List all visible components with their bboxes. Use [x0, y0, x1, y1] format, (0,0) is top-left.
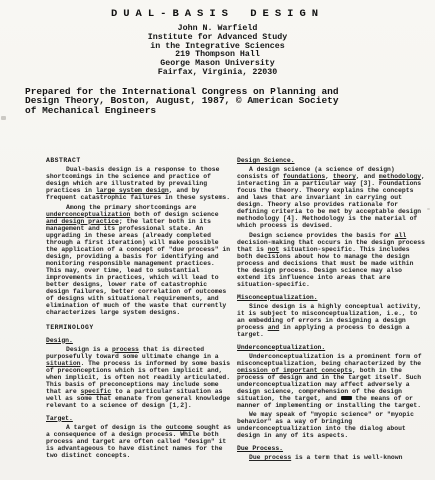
text-run: Among the primary shortcomings are: [66, 204, 196, 211]
text-line: Fairfax, Virginia, 22030: [0, 69, 435, 78]
section-heading: ABSTRACT: [46, 157, 232, 164]
paragraph: A target of design is the outcome sought…: [46, 424, 232, 459]
two-column-body: ABSTRACTDual-basis design is a response …: [46, 157, 427, 461]
text-run: Design is a: [66, 346, 112, 353]
underlined-term: and design practice: [46, 218, 119, 225]
paragraph: Design is a process that is directed pur…: [46, 346, 232, 409]
right-column: Design Science.A design science (a scien…: [237, 157, 425, 461]
section-heading: Due Process.: [237, 445, 425, 452]
underlined-term: situation: [46, 360, 81, 367]
paragraph: Dual-basis design is a response to those…: [46, 166, 232, 201]
text-run: both of design science: [130, 211, 218, 218]
scan-artifact: [1, 116, 6, 120]
paragraph: We may speak of "myopic science" or "myo…: [237, 411, 425, 439]
underlined-term: process: [112, 346, 139, 353]
paragraph: A design science (a science of design) c…: [237, 166, 425, 229]
text-run: Underconceptualization is a prominent fo…: [237, 353, 422, 367]
text-run: We may speak of "myopic science" or "myo…: [237, 411, 414, 439]
scan-artifact: [427, 208, 430, 210]
ink-blot: [341, 396, 352, 401]
paragraph: Among the primary shortcomings are under…: [46, 204, 232, 316]
text-run: ,: [325, 173, 333, 180]
text-run: Design science provides the basis for: [249, 232, 395, 239]
underlined-term: omission of important concepts: [237, 367, 352, 374]
paragraph: Due process is a term that is well-known: [237, 454, 425, 461]
underlined-term: outcome: [166, 424, 193, 431]
paper-header: DUAL-BASIS DESIGN John N. WarfieldInstit…: [0, 0, 435, 115]
text-run: is a term that is well-known: [291, 454, 402, 461]
prepared-for-note: Prepared for the International Congress …: [25, 87, 415, 115]
section-heading: Design Science.: [237, 157, 425, 164]
text-run: , and: [356, 173, 379, 180]
section-heading: Underconceptualization.: [237, 344, 425, 351]
paragraph: Design science provides the basis for al…: [237, 232, 425, 288]
author-block: John N. WarfieldInstitute for Advanced S…: [0, 25, 435, 78]
underlined-term: theory: [333, 173, 356, 180]
underlined-term: Due process: [249, 454, 291, 461]
underlined-term: underconceptualization: [46, 211, 130, 218]
left-column: ABSTRACTDual-basis design is a response …: [46, 157, 232, 459]
underlined-term: and: [268, 324, 280, 331]
underlined-term: all: [395, 232, 407, 239]
underlined-term: foundations: [283, 173, 325, 180]
paragraph: Underconceptualization is a prominent fo…: [237, 353, 425, 409]
underlined-term: large system design: [96, 187, 169, 194]
text-run: ; the latter both in its management and …: [46, 218, 230, 316]
paragraph: Since design is a highly conceptual acti…: [237, 303, 425, 338]
section-heading: Misconceptualization.: [237, 294, 425, 301]
text-line: of Mechanical Engineers: [25, 106, 415, 115]
text-run: A target of design is the: [66, 424, 166, 431]
section-heading: Target.: [46, 415, 232, 422]
text-run: situation-specific. This includes both d…: [237, 246, 413, 288]
underlined-term: methodology: [379, 173, 421, 180]
scanned-paper-page: DUAL-BASIS DESIGN John N. WarfieldInstit…: [0, 0, 435, 480]
section-heading: TERMINOLOGY: [46, 324, 232, 331]
paper-title: DUAL-BASIS DESIGN: [0, 0, 435, 20]
underlined-term: specific: [81, 388, 112, 395]
underlined-term: not: [268, 246, 280, 253]
section-heading: Design.: [46, 337, 232, 344]
text-run: , interacting in a particular way [3]. F…: [237, 173, 425, 229]
